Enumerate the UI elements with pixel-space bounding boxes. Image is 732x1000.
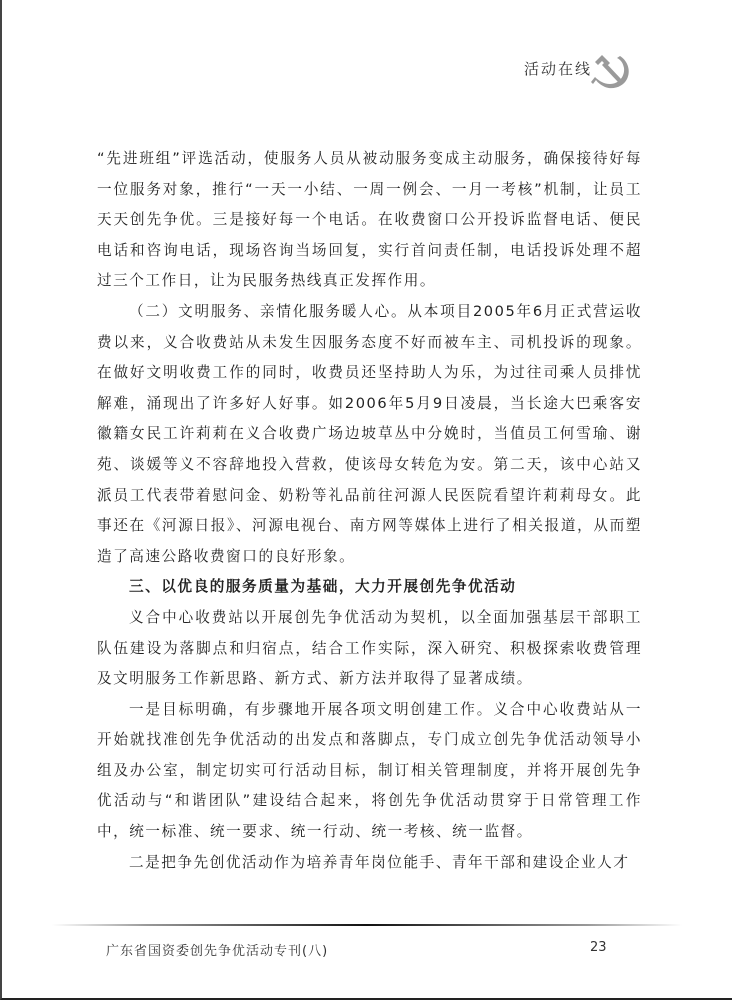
hammer-sickle-icon [590, 52, 632, 94]
section-heading-three: 三、以优良的服务质量为基础，大力开展创先争优活动 [97, 572, 642, 603]
section-title: 活动在线 [524, 58, 592, 79]
paragraph-continuation: “先进班组”评选活动，使服务人员从被动服务变成主动服务，确保接待好每一位服务对象… [97, 144, 642, 297]
paragraph-point-two: 二是把争先创优活动作为培养青年岗位能手、青年干部和建设企业人才 [97, 848, 642, 879]
paragraph-yihe-intro: 义合中心收费站以开展创先争优活动为契机，以全面加强基层干部职工队伍建设为落脚点和… [97, 603, 642, 695]
document-page: 活动在线 “先进班组”评选活动，使服务人员从被动服务变成主动服务，确保接待好每一… [0, 0, 732, 1000]
publication-title: 广东省国资委创先争优活动专刊(八) [106, 940, 328, 959]
footer-divider [52, 924, 682, 926]
article-body: “先进班组”评选活动，使服务人员从被动服务变成主动服务，确保接待好每一位服务对象… [97, 144, 642, 878]
page-number: 23 [590, 940, 607, 955]
paragraph-point-one: 一是目标明确，有步骤地开展各项文明创建工作。义合中心收费站从一开始就找准创先争优… [97, 695, 642, 848]
page-header: 活动在线 [472, 52, 702, 102]
paragraph-civilized-service: （二）文明服务、亲情化服务暖人心。从本项目2005年6月正式营运收费以来，义合收… [97, 297, 642, 572]
